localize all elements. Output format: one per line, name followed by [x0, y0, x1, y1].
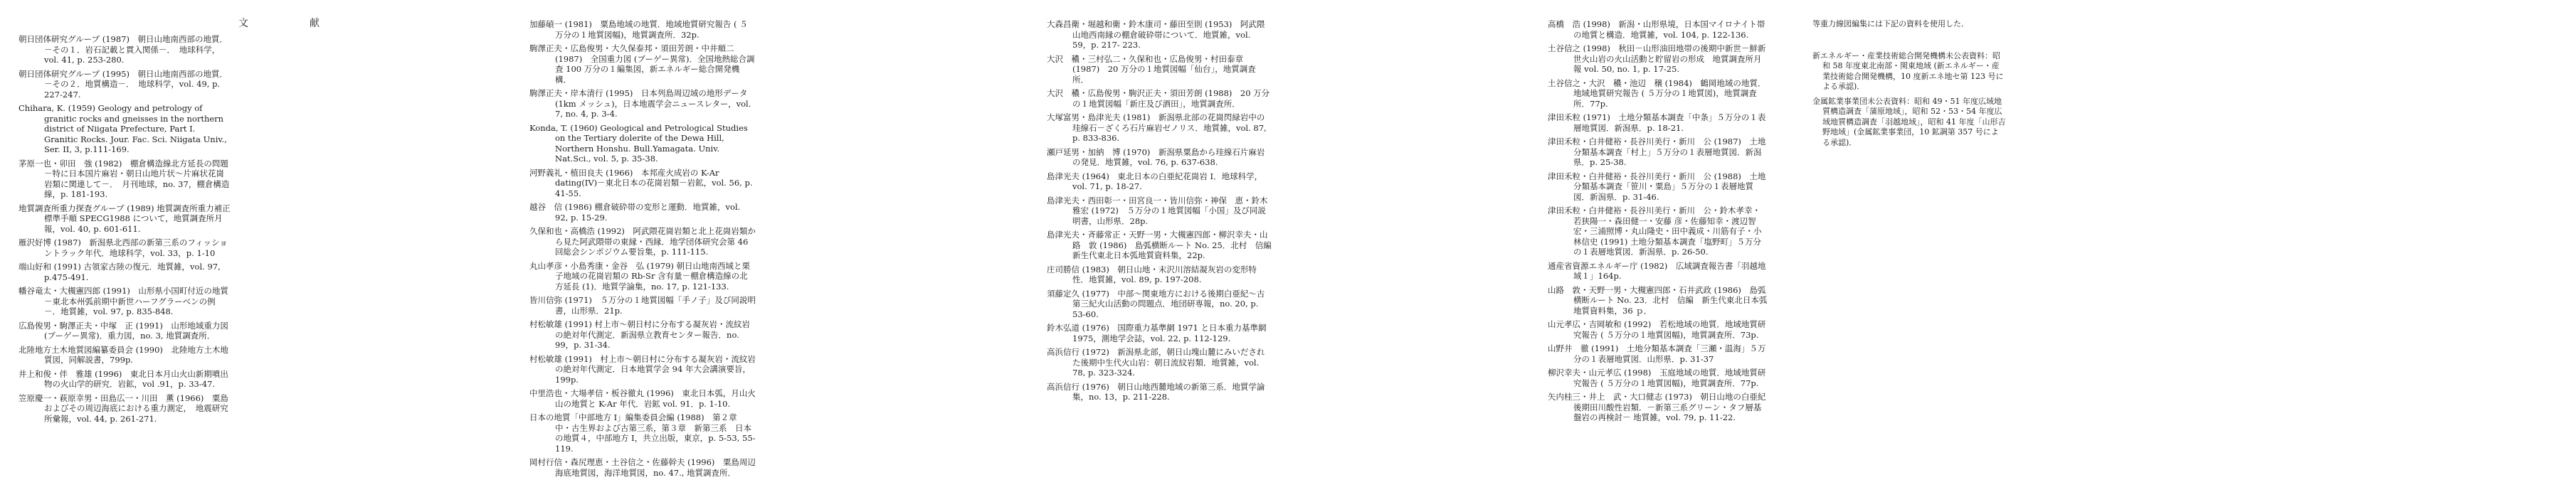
reference-entry: 茅原一也・卯田 強 (1982) 棚倉構造線北方延長の問題 －特に日本国片麻岩・… [19, 159, 231, 200]
reference-entry: Chihara, K. (1959) Geology and petrology… [19, 103, 231, 155]
reference-entry: 須藤定久 (1977) 中部～関東地方における後期白亜紀～古第三紀火山活動の問題… [1047, 289, 1272, 320]
reference-entry: 駒澤正夫・広島俊男・大久保泰邦・須田芳朗・中井順二 (1987) 全国重力図 (… [529, 43, 756, 85]
reference-entry: 中里浩也・大場孝信・板谷徹丸 (1996) 東北日本弧，月山火山の地質と K-A… [529, 388, 756, 409]
reference-entry: 土谷信之 (1998) 秋田－山形油田地帯の後期中新世－鮮新世火山岩の火山活動と… [1548, 43, 1768, 75]
reference-column-3: 大森昌衛・堀越和衛・鈴木康司・藤田至則 (1953) 阿武隈山地西南縁の棚倉破砕… [1047, 19, 1272, 406]
source-entry: 新エネルギー・産業技術総合開発機構未公表資料：昭和 58 年度東北南部・関東地域… [1812, 51, 2006, 92]
reference-entry: 丸山孝彦・小島秀康・金谷 弘 (1979) 朝日山地南西域と栗子地域の花崗岩類の… [529, 261, 756, 292]
source-entry: 金属鉱業事業団未公表資料：昭和 49・51 年度広域地質構造調査「蒲原地域」，昭… [1812, 97, 2006, 149]
reference-entry: 瀬戸延男・加納 博 (1970) 新潟県粟島から珪線石片麻岩の発見．地質雑，vo… [1047, 147, 1272, 168]
reference-entry: 北陸地方土木地質図編纂委員会 (1990) 北陸地方土木地質図，同解説書，799… [19, 345, 231, 365]
reference-entry: 久保和也・高橋浩 (1992) 阿武隈花崗岩類と北上花崗岩類から見た阿武隈帯の東… [529, 226, 756, 257]
reference-entry: 大森昌衛・堀越和衛・鈴木康司・藤田至則 (1953) 阿武隈山地西南縁の棚倉破砕… [1047, 19, 1272, 50]
reference-entry: 柳沢幸夫・山元孝広 (1998) 玉庭地域の地質．地域地質研究報告 ( ５万分の… [1548, 368, 1768, 388]
reference-entry: 鈴木弘道 (1976) 国際重力基準網 1971 と日本重力基準網 1975，測… [1047, 323, 1272, 343]
reference-entry: 日本の地質「中部地方 I」編集委員会編 (1988) 第２章 中・古生界および古… [529, 412, 756, 454]
reference-entry: 大沢 穠・広島俊男・駒沢正夫・須田芳朗 (1988) 20 万分の１地質図幅「新… [1047, 88, 1272, 109]
reference-column-4: 高橋 浩 (1998) 新潟・山形県境，日本国マイロナイト帯の地質と構造．地質雑… [1548, 19, 1768, 427]
references-heading: 文 献 [238, 16, 345, 30]
reference-entry: 山元孝広・吉岡敏和 (1992) 若松地域の地質．地域地質研究報告 ( ５万分の… [1548, 319, 1768, 340]
reference-entry: 村松敏雄 (1991) 村上市～朝日村に分布する凝灰岩・流紋岩の絶対年代測定．新… [529, 319, 756, 351]
reference-entry: 笠原慶一・萩原幸男・田島広一・川田 薫 (1966) 粟島およびその周辺海底にお… [19, 393, 231, 424]
reference-column-1: 朝日団体研究グループ (1987) 朝日山地南西部の地質．－その１．岩石記載と貫… [19, 34, 231, 427]
reference-entry: 雁沢好博 (1987) 新潟県北西部の新第三系のフィッショントラック年代．地球科… [19, 237, 231, 258]
reference-entry: Konda, T. (1960) Geological and Petrolog… [529, 123, 756, 164]
reference-entry: 越谷 信 (1986) 棚倉破砕帯の変形と運動．地質雑，vol. 92, p. … [529, 202, 756, 223]
reference-entry: 庄司勝信 (1983) 朝日山地・末沢川溶結凝灰岩の変形特性．地質雑，vol. … [1047, 265, 1272, 285]
reference-entry: 通産省資源エネルギー庁 (1982) 広域調査報告書「羽越地域１」164p. [1548, 261, 1768, 282]
reference-entry: 幡谷竜太・大槻憲四郎 (1991) 山形県小国町付近の地質 －東北本州弧前期中新… [19, 286, 231, 317]
reference-entry: 津田禾粒・白井健裕・長谷川美行・新川 公 (1988) 土地分類基本調査「笹川・… [1548, 171, 1768, 203]
reference-entry: 井上和俊・伴 雅雄 (1996) 東北日本月山火山新期噴出物の火山学的研究．岩鉱… [19, 369, 231, 390]
reference-entry: 村松敏雄 (1991) 村上市～朝日村に分布する凝灰岩・流紋岩の絶対年代測定．日… [529, 354, 756, 385]
sources-intro: 等重力線図編集には下記の資料を使用した． [1812, 19, 2006, 30]
reference-entry: 高浜信行 (1972) 新潟県北部，朝日山塊山麓にみいだされた後期中生代火山岩：… [1047, 347, 1272, 378]
reference-entry: 朝日団体研究グループ (1995) 朝日山地南西部の地質．－その２．地質構造－．… [19, 69, 231, 100]
reference-entry: 津田禾粒 (1971) 土地分類基本調査「中条」５万分の１表層地質図．新潟県．p… [1548, 112, 1768, 133]
reference-entry: 島津光夫 (1964) 東北日本の白亜紀花崗岩 I．地球科学，vol. 71, … [1047, 171, 1272, 192]
reference-entry: 津田禾粒・白井健裕・長谷川美行・新川 公・鈴木孝幸・若狭陽一・森田健一・安藤 彦… [1548, 205, 1768, 257]
reference-entry: 山野井 徹 (1991) 土地分類基本調査「三瀬・温海」５万分の１表層地質図．山… [1548, 343, 1768, 364]
reference-entry: 矢内桂三・井上 武・大口健志 (1973) 朝日山地の白亜紀後期田川酸性岩類．－… [1548, 392, 1768, 423]
reference-entry: 端山好和 (1991) 古領家古陸の復元．地質雑，vol. 97, p.475-… [19, 262, 231, 282]
reference-entry: 広島俊男・駒澤正夫・中塚 正 (1991) 山形地域重力図 (ブーゲー異常)．重… [19, 321, 231, 341]
reference-entry: 土谷信之・大沢 穠・池辺 穣 (1984) 鶴岡地域の地質．地域地質研究報告 (… [1548, 78, 1768, 110]
reference-entry: 皆川信弥 (1971) ５万分の１地質図幅「手ノ子」及び同説明書，山形県．21p… [529, 295, 756, 316]
reference-column-2: 加藤碵一 (1981) 粟島地域の地質．地域地質研究報告 ( ５万分の１地質図幅… [529, 19, 756, 481]
reference-entry: 大塚富男・島津光夫 (1981) 新潟県北部の花崗閃緑岩中の珪線石－ざくろ石片麻… [1047, 112, 1272, 144]
reference-entry: 朝日団体研究グループ (1987) 朝日山地南西部の地質．－その１．岩石記載と貫… [19, 34, 231, 65]
gravity-data-sources: 等重力線図編集には下記の資料を使用した． 新エネルギー・産業技術総合開発機構未公… [1812, 19, 2006, 152]
reference-entry: 高橋 浩 (1998) 新潟・山形県境，日本国マイロナイト帯の地質と構造．地質雑… [1548, 19, 1768, 40]
reference-entry: 高浜信行 (1976) 朝日山地西麓地域の新第三系．地質学論集，no. 13，p… [1047, 382, 1272, 402]
reference-entry: 加藤碵一 (1981) 粟島地域の地質．地域地質研究報告 ( ５万分の１地質図幅… [529, 19, 756, 40]
reference-entry: 駒澤正夫・岸本清行 (1995) 日本列島周辺域の地形データ (1km メッシュ… [529, 88, 756, 119]
reference-entry: 山路 敦・天野一男・大槻憲四郎・石井武政 (1986) 島弧横断ルート No. … [1548, 285, 1768, 316]
reference-entry: 大沢 穠・三村弘二・久保和也・広島俊男・村田泰章 (1987) 20 万分の１地… [1047, 54, 1272, 85]
reference-entry: 地質調査所重力探査グループ (1989) 地質調査所重力補正標準手順 SPECG… [19, 203, 231, 235]
reference-entry: 岡村行信・森尻理恵・土谷信之・佐藤幹夫 (1996) 粟島周辺海底地質図，海洋地… [529, 457, 756, 478]
reference-entry: 島津光夫・斉藤常正・天野一男・大槻憲四郎・柳沢幸夫・山路 敦 (1986) 島弧… [1047, 230, 1272, 261]
reference-entry: 島津光夫・西田彰一・田宮良一・皆川信弥・神保 恵・鈴木雅宏 (1972) ５万分… [1047, 196, 1272, 227]
reference-entry: 津田禾粒・白井健裕・長谷川美行・新川 公 (1987) 土地分類基本調査「村上」… [1548, 137, 1768, 168]
reference-entry: 河野義礼・植田良夫 (1966) 本邦産火成岩の K-Ar dating(IV)… [529, 168, 756, 199]
